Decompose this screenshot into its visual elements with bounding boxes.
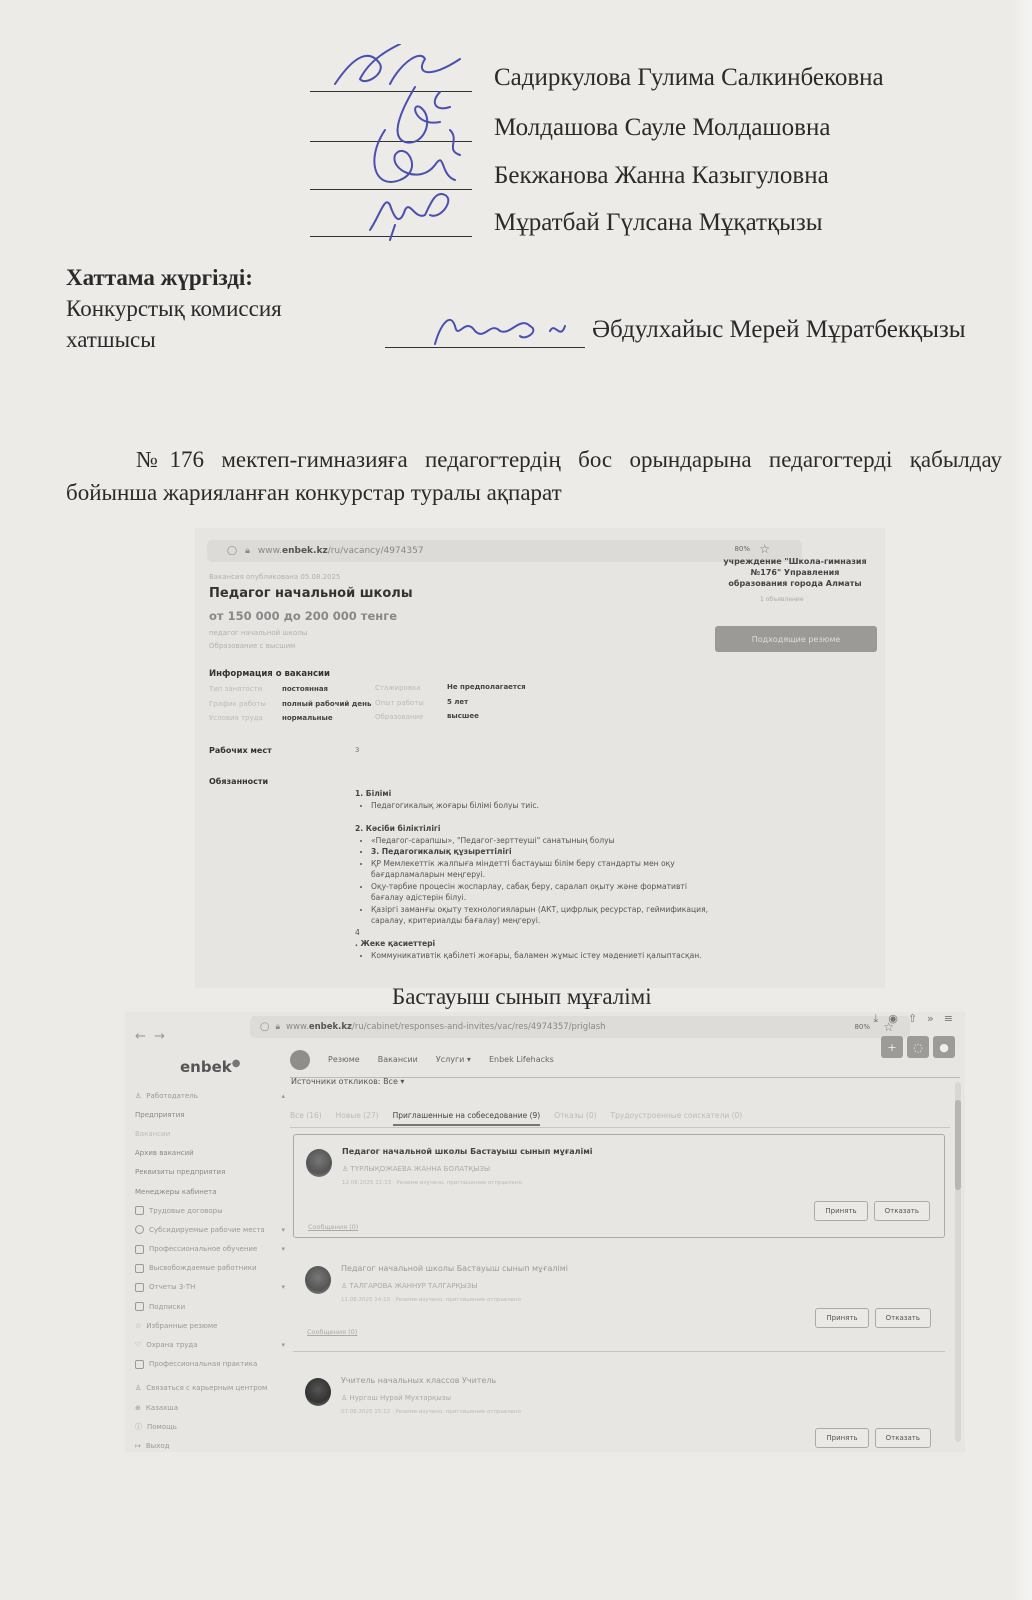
menu-icon[interactable]: ≡ [944, 1012, 953, 1026]
vacancy-salary: от 150 000 до 200 000 тенге [209, 609, 397, 623]
protocol-role: Конкурстық комиссия [66, 293, 282, 324]
signatory-row: Мұратбай Гүлсана Мұқатқызы [310, 197, 1010, 237]
employer-sub: 1 объявление [760, 596, 804, 603]
sidebar-item[interactable]: Высвобождаемые работники [135, 1259, 285, 1278]
browser-nav[interactable]: ← → [135, 1029, 165, 1044]
sidebar-item[interactable]: ☆Избранные резюме [135, 1316, 285, 1335]
address-bar: ◯ 🔒︎ www.enbek.kz/ru/cabinet/responses-a… [250, 1016, 910, 1038]
users-icon [135, 1264, 144, 1273]
contact-icon: ♙ [135, 1384, 141, 1392]
top-nav: Резюме Вакансии Услуги ▾ Enbek Lifehacks [290, 1042, 960, 1078]
sidebar-item[interactable]: ♙Работодатель▴ [135, 1086, 285, 1105]
sidebar: ♙Работодатель▴ Предприятия Вакансии Архи… [135, 1086, 285, 1456]
matching-resumes-button[interactable]: Подходящие резюме [715, 626, 877, 652]
chat-icon[interactable]: ◌ [907, 1036, 929, 1058]
field-value: полный рабочий день [282, 700, 371, 708]
signatory-name: Молдашова Сауле Молдашовна [494, 114, 830, 142]
duty-item: Коммуникативтік қабілеті жоғары, баламен… [371, 950, 715, 962]
lock-icon: 🔒︎ [245, 546, 250, 556]
responses-screenshot: ← → ◯ 🔒︎ www.enbek.kz/ru/cabinet/respons… [125, 1012, 965, 1452]
signatory-name: Бекжанова Жанна Казыгуловна [494, 162, 829, 190]
user-icon: ♙ [135, 1092, 141, 1100]
shield-icon: ♡ [135, 1341, 141, 1349]
check-icon [135, 1283, 144, 1292]
signatory-row: Бекжанова Жанна Казыгуловна [310, 150, 1010, 190]
sidebar-item[interactable]: Реквизиты предприятия [135, 1163, 285, 1182]
response-card[interactable]: Педагог начальной школы Бастауыш сынып м… [293, 1134, 945, 1238]
duty-heading: . Жеке қасиеттері [355, 938, 715, 950]
zoom-level: 80% [854, 1023, 870, 1031]
tab-rejected[interactable]: Отказы (0) [554, 1111, 596, 1120]
info-paragraph: №176 мектеп-гимназияға педагогтердің бос… [66, 443, 1002, 509]
sidebar-item[interactable]: Трудовые договоры [135, 1201, 285, 1220]
people-icon [135, 1225, 144, 1234]
sidebar-item[interactable]: Архив вакансий [135, 1144, 285, 1163]
field-label: Образование [375, 713, 423, 721]
info-heading: Информация о вакансии [209, 669, 330, 679]
overflow-icon[interactable]: » [927, 1012, 934, 1026]
field-label: Стажировка [375, 684, 420, 692]
nav-services[interactable]: Услуги ▾ [436, 1055, 471, 1064]
field-value: высшее [447, 712, 479, 720]
education-note: Образование с высшим [209, 642, 295, 650]
shield-icon: ◯ [227, 546, 237, 556]
bookmark-icon [135, 1302, 144, 1311]
field-label: График работы [209, 700, 266, 708]
address-bar: ◯ 🔒︎ www.enbek.kz/ru/vacancy/4974357 80%… [207, 540, 802, 562]
star-icon: ☆ [135, 1322, 141, 1330]
sidebar-item[interactable]: Профессиональная практика [135, 1355, 285, 1374]
add-icon[interactable]: + [881, 1036, 903, 1058]
response-actions: Принять Отказать [814, 1201, 930, 1221]
zoom-level: 80% [734, 545, 750, 553]
published-date: Вакансия опубликована 05.08.2025 [209, 573, 340, 581]
scrollbar[interactable] [955, 1082, 961, 1442]
sidebar-item[interactable]: Предприятия [135, 1105, 285, 1124]
signature-scribble [365, 185, 465, 245]
field-label: Тип занятости [209, 685, 262, 693]
sidebar-item[interactable]: Субсидируемые рабочие места▾ [135, 1220, 285, 1239]
vacancy-title: Педагог начальной школы [209, 586, 413, 601]
sidebar-item[interactable]: Профессиональное обучение▾ [135, 1240, 285, 1259]
vacancy-screenshot: ◯ 🔒︎ www.enbek.kz/ru/vacancy/4974357 80%… [195, 528, 885, 988]
accept-button[interactable]: Принять [814, 1201, 867, 1221]
nav-vacancies[interactable]: Вакансии [378, 1055, 418, 1064]
lock-icon: 🔒︎ [276, 1022, 281, 1032]
duty-item: «Педагог-сарапшы», "Педагог-зерттеуші" с… [371, 835, 715, 847]
vacancy-subtitle: педагог начальной школы [209, 629, 307, 637]
avatar [305, 1266, 331, 1294]
sidebar-item[interactable]: ⊕Казахша [135, 1398, 285, 1417]
duty-item: Қазіргі заманғы оқыту технологияларын (А… [371, 904, 715, 927]
response-actions: Принять Отказать [815, 1308, 931, 1328]
sidebar-item[interactable]: ↦Выход [135, 1436, 285, 1455]
globe-icon: ⊕ [135, 1404, 141, 1412]
ornament-icon [290, 1050, 310, 1070]
response-meta: 12.08.2025 11:13 · Резюме изучено, пригл… [342, 1180, 522, 1186]
download-icon[interactable]: ⤓ [873, 1012, 878, 1026]
section-caption: Бастауыш сынып мұғалімі [392, 984, 652, 1010]
applicant-name[interactable]: ♙ ТҮРЛЫҚОЖАЕВА ЖАННА БОЛАТҚЫЗЫ [342, 1165, 490, 1173]
sidebar-item[interactable]: ♙Связаться с карьерным центром [135, 1379, 285, 1398]
response-title[interactable]: Педагог начальной школы Бастауыш сынып м… [342, 1147, 593, 1156]
response-meta: 07.08.2025 15:12 · Резюме изучено, пригл… [341, 1409, 521, 1415]
signatory-name: Садиркулова Гулима Салкинбековна [494, 64, 884, 92]
secretary-signature-scribble [430, 306, 580, 351]
page-edge [1010, 0, 1032, 1600]
tab-invited[interactable]: Приглашенные на собеседование (9) [393, 1111, 541, 1126]
workplaces-value: 3 [355, 746, 359, 754]
nav-resume[interactable]: Резюме [328, 1055, 360, 1064]
certificate-icon [135, 1360, 144, 1369]
response-card[interactable]: Педагог начальной школы Бастауыш сынып м… [293, 1252, 945, 1352]
sidebar-item[interactable]: ⓘПомощь [135, 1417, 285, 1436]
tab-new[interactable]: Новые (27) [336, 1111, 379, 1120]
duty-heading: 2. Кәсіби біліктілігі [355, 823, 715, 835]
logout-icon: ↦ [135, 1442, 141, 1450]
book-icon [135, 1245, 144, 1254]
reject-button[interactable]: Отказать [875, 1428, 931, 1448]
protocol-role-2: хатшысы [66, 324, 282, 355]
duty-item: Оқу-тәрбие процесін жоспарлау, сабақ бер… [371, 881, 715, 904]
accept-button[interactable]: Принять [815, 1308, 868, 1328]
extension-icon[interactable]: ⇧ [908, 1012, 917, 1026]
reject-button[interactable]: Отказать [875, 1308, 931, 1328]
sidebar-item[interactable]: Менеджеры кабинета [135, 1182, 285, 1201]
field-label: Условия труда [209, 714, 263, 722]
enbek-logo[interactable]: enbek● [180, 1058, 240, 1076]
profile-icon[interactable]: ● [933, 1036, 955, 1058]
accept-button[interactable]: Принять [815, 1428, 868, 1448]
response-actions: Принять Отказать [815, 1428, 931, 1448]
duties-list: 1. Білімі Педагогикалық жоғары білімі бо… [355, 788, 715, 961]
field-value: Не предполагается [447, 683, 526, 691]
workplaces-label: Рабочих мест [209, 746, 272, 755]
info-icon: ⓘ [135, 1422, 142, 1432]
document-icon [135, 1206, 144, 1215]
sidebar-item[interactable]: Отчеты 3-ТН▾ [135, 1278, 285, 1297]
signature-scribble [365, 120, 475, 195]
account-icon[interactable]: ◉ [888, 1012, 898, 1026]
applicant-name[interactable]: ♙ ТАЛГАРОВА ЖАННУР ТАЛГАРҚЫЗЫ [341, 1282, 477, 1290]
messages-link[interactable]: Сообщения (0) [308, 1223, 358, 1231]
url: www.enbek.kz/ru/cabinet/responses-and-in… [286, 1022, 606, 1032]
duty-item: ҚР Мемлекеттік жалпыға міндетті бастауыш… [371, 858, 715, 881]
signatory-name: Мұратбай Гүлсана Мұқатқызы [494, 209, 823, 237]
avatar [305, 1378, 331, 1406]
shield-icon: ◯ [260, 1022, 270, 1032]
field-label: Опыт работы [375, 699, 424, 707]
messages-link[interactable]: Сообщения (0) [307, 1328, 357, 1336]
field-value: 5 лет [447, 698, 468, 706]
response-title[interactable]: Педагог начальной школы Бастауыш сынып м… [341, 1264, 568, 1273]
top-actions: + ◌ ● [881, 1036, 955, 1058]
tab-all[interactable]: Все (16) [290, 1111, 322, 1120]
employer-name: учреждение "Школа-гимназия №176" Управле… [720, 556, 870, 589]
duties-label: Обязанности [209, 777, 268, 786]
field-value: постоянная [282, 685, 328, 693]
duty-heading: 1. Білімі [355, 788, 715, 800]
response-title[interactable]: Учитель начальных классов Учитель [341, 1376, 496, 1385]
secretary-signature-line [385, 347, 585, 348]
response-meta: 11.08.2025 14:19 · Резюме изучено, пригл… [341, 1297, 521, 1303]
url: www.enbek.kz/ru/vacancy/4974357 [258, 546, 424, 556]
sources-filter[interactable]: Источники откликов: Все ▾ [291, 1077, 404, 1086]
sidebar-item[interactable]: ♡Охрана труда▾ [135, 1335, 285, 1354]
duty-item: Педагогикалық жоғары білімі болуы тиіс. [371, 800, 715, 812]
browser-toolbar: ⤓ ◉ ⇧ » ≡ [873, 1012, 953, 1026]
field-value: нормальные [282, 714, 333, 722]
nav-lifehacks[interactable]: Enbek Lifehacks [489, 1055, 554, 1064]
secretary-name: Әбдулхайыс Мерей Мұратбекқызы [592, 316, 966, 344]
protocol-block: Хаттама жүргізді: Конкурстық комиссия ха… [66, 262, 282, 355]
duty-number: 4 [355, 927, 715, 939]
sidebar-item[interactable]: Вакансии [135, 1124, 285, 1143]
protocol-heading: Хаттама жүргізді: [66, 262, 282, 293]
duty-item: 3. Педагогикалық құзыреттілігі [371, 846, 715, 858]
response-card[interactable]: Учитель начальных классов Учитель ♙ Нург… [293, 1364, 945, 1450]
avatar [306, 1149, 332, 1177]
applicant-name[interactable]: ♙ Нургаш Нурай Мухтарқызы [341, 1394, 451, 1402]
reject-button[interactable]: Отказать [874, 1201, 930, 1221]
bookmark-star-icon: ☆ [759, 542, 770, 556]
sidebar-item[interactable]: Подписки [135, 1297, 285, 1316]
response-tabs: Все (16) Новые (27) Приглашенные на собе… [290, 1104, 950, 1128]
tab-employed[interactable]: Трудоустроенные соискатели (0) [611, 1111, 743, 1120]
